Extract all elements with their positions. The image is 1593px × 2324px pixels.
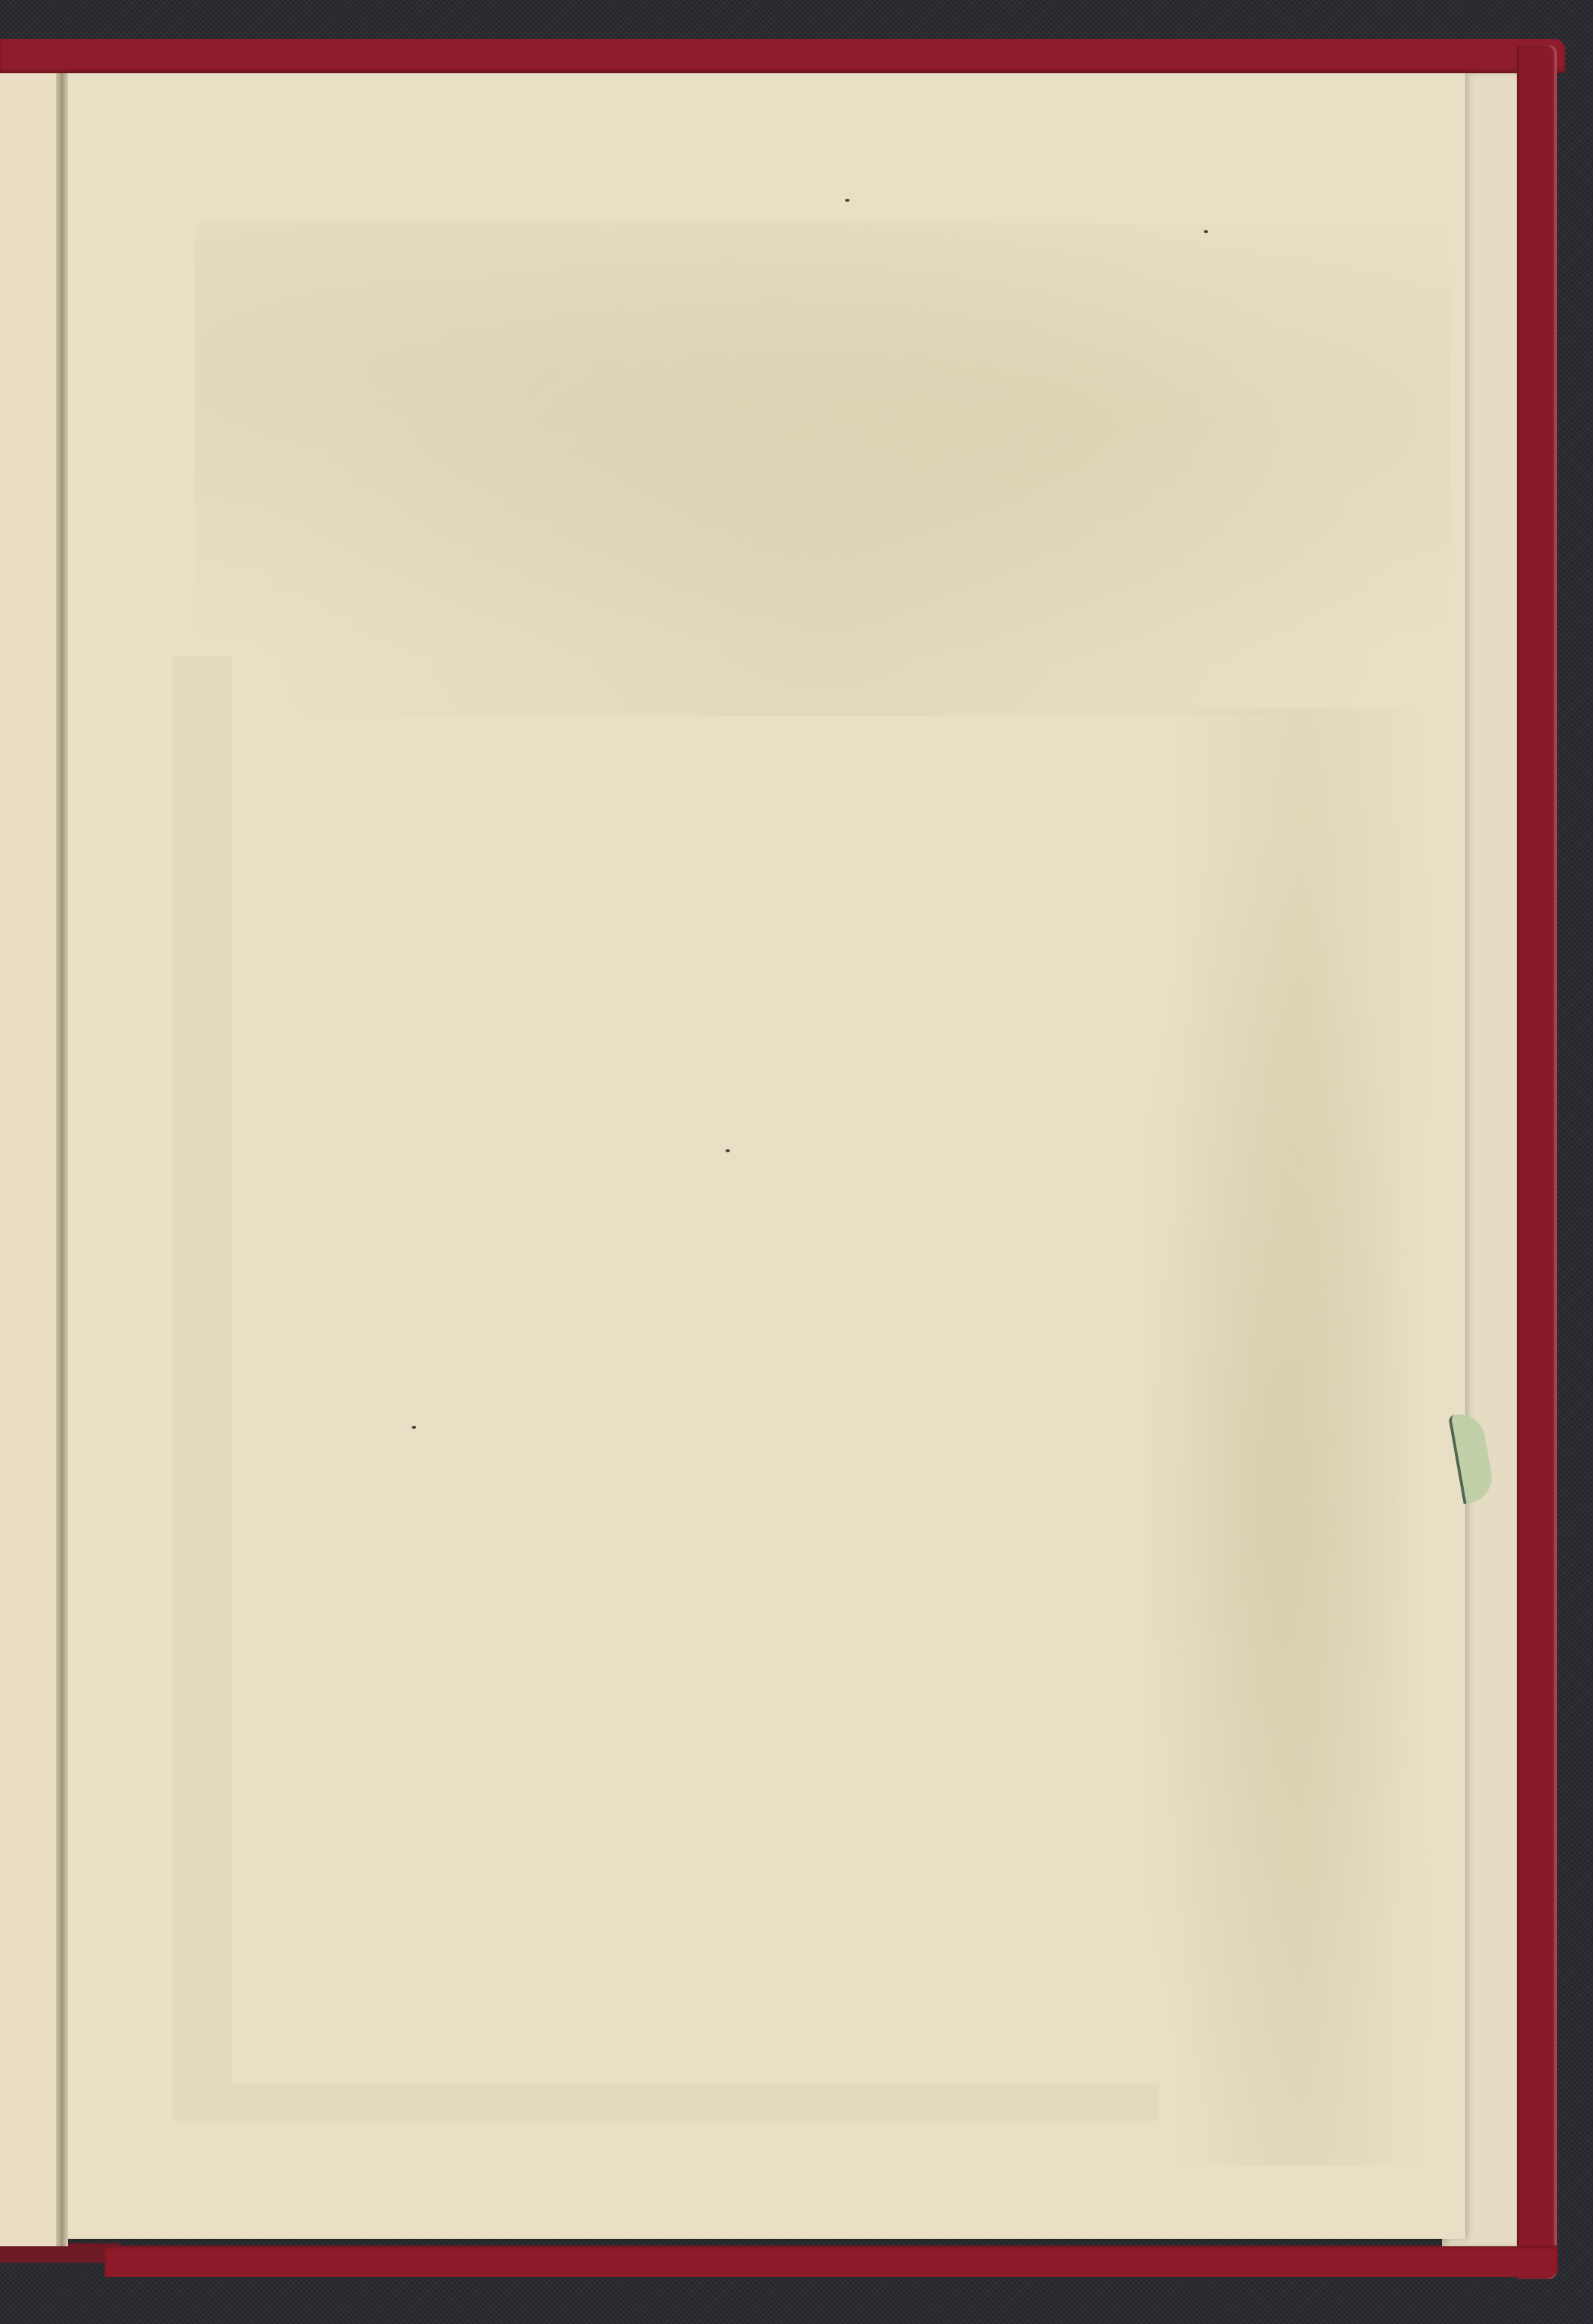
paper-speck — [412, 1426, 416, 1429]
show-through-frame — [173, 656, 1159, 2121]
book-binding-top — [0, 39, 1565, 73]
book-binding-right — [1517, 45, 1557, 2279]
book-binding-bottom — [105, 2246, 1558, 2277]
book-gutter — [56, 73, 68, 2246]
show-through-foliage — [195, 223, 1450, 716]
paper-speck — [726, 1149, 730, 1152]
paper-speck — [845, 199, 850, 202]
show-through-side-foliage — [1144, 708, 1458, 2166]
left-page-edge — [0, 73, 56, 2246]
blank-flyleaf-page — [68, 73, 1465, 2239]
paper-speck — [1204, 230, 1208, 233]
